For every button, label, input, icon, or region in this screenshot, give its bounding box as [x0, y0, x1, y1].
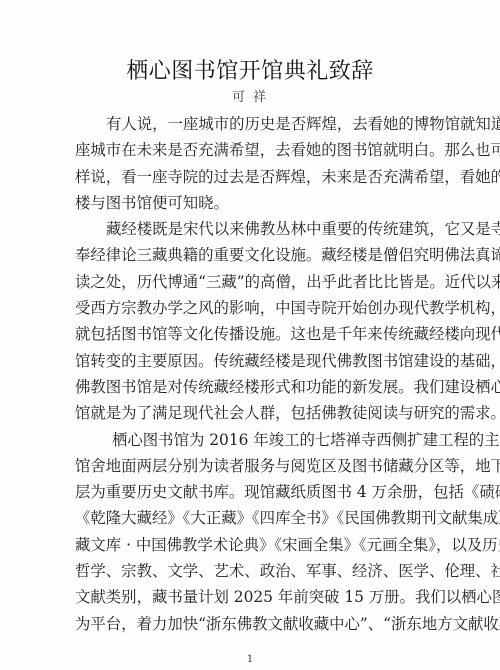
text-line: 馆转变的主要原因。传统藏经楼是现代佛教图书馆建设的基础，现代 — [75, 348, 427, 374]
text-line: 层为重要历史文献书库。现馆藏纸质图书 4 万余册，包括《碛砂藏》 — [75, 479, 427, 505]
text-line: 就包括图书馆等文化传播设施。这也是千年来传统藏经楼向现代图书 — [75, 321, 427, 347]
text-line: 藏文库 · 中国佛教学术论典》《宋画全集》《元画全集》，以及历史、 — [75, 532, 427, 558]
text-line: 《乾隆大藏经》《大正藏》《四库全书》《民国佛教期刊文献集成》《法 — [75, 505, 427, 531]
document-author: 可祥 — [0, 89, 500, 107]
text-line: 读之处，历代博通“三藏”的高僧，出乎此者比比皆是。近代以来， — [75, 269, 427, 295]
text-line: 为平台，着力加快“浙东佛教文献收藏中心”、“浙东地方文献收藏中 — [75, 611, 427, 637]
text-line: 馆就是为了满足现代社会人群，包括佛教徒阅读与研究的需求。 — [75, 400, 427, 426]
document-page: 栖心图书馆开馆典礼致辞 可祥 有人说，一座城市的历史是否辉煌，去看她的博物馆就知… — [0, 0, 500, 670]
text-line: 受西方宗教办学之风的影响，中国寺院开始创办现代教学机构，其中 — [75, 295, 427, 321]
text-line: 栖心图书馆为 2016 年竣工的七塔禅寺西侧扩建工程的主体部分， — [75, 427, 427, 453]
text-line: 楼与图书馆便可知晓。 — [75, 190, 427, 216]
text-line: 佛教图书馆是对传统藏经楼形式和功能的新发展。我们建设栖心图书 — [75, 374, 427, 400]
text-line: 样说，看一座寺院的过去是否辉煌，未来是否充满希望，看她的藏经 — [75, 164, 427, 190]
document-title: 栖心图书馆开馆典礼致辞 — [0, 58, 500, 86]
document-body: 有人说，一座城市的历史是否辉煌，去看她的博物馆就知道，一 座城市在未来是否充满希… — [75, 111, 427, 637]
text-line: 馆舍地面两层分别为读者服务与阅览区及图书储藏分区等，地下负一 — [75, 453, 427, 479]
text-line: 有人说，一座城市的历史是否辉煌，去看她的博物馆就知道，一 — [75, 111, 427, 137]
text-line: 藏经楼既是宋代以来佛教丛林中重要的传统建筑，它又是寺院供 — [75, 216, 427, 242]
text-line: 座城市在未来是否充满希望，去看她的图书馆就明白。那么也可以这 — [75, 137, 427, 163]
page-number: 1 — [0, 653, 500, 667]
text-line: 哲学、宗教、文学、艺术、政治、军事、经济、医学、伦理、社会等 — [75, 558, 427, 584]
text-line: 文献类别，藏书量计划 2025 年前突破 15 万册。我们以栖心图书馆 — [75, 584, 427, 610]
text-line: 奉经律论三藏典籍的重要文化设施。藏经楼是僧侣究明佛法真谛的苦 — [75, 242, 427, 268]
